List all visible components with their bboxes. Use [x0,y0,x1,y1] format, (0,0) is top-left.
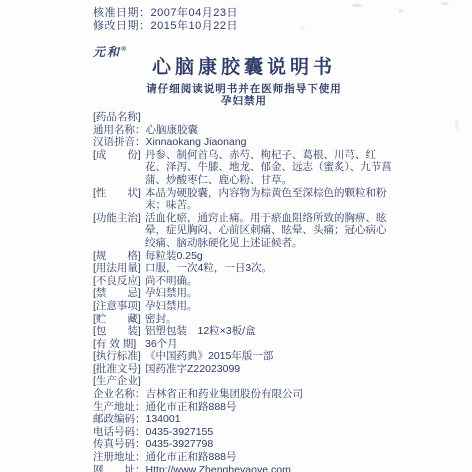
insert-row: [注意事项] 孕妇禁用。 [93,300,395,313]
row-text: 通化市正和路888号 [146,451,396,464]
registered-trademark-symbol: ® [121,45,126,53]
read-instruction-notice: 请仔细阅读说明书并在医师指导下使用 [93,83,395,95]
insert-row: 生产地址： 通化市正和路888号 [93,401,395,414]
revision-date-line: 修改日期：2015年10月22日 [93,20,395,33]
insert-row: [功能主治] 活血化瘀，通窍止痛。用于瘀血阻络所致的胸痹、眩晕，症见胸闷、心前区… [93,212,395,250]
date-block: 核准日期：2007年04月23日 修改日期：2015年10月22日 [93,7,395,33]
insert-row: 企业名称： 吉林省正和药业集团股份有限公司 [93,388,395,401]
row-label: 注册地址： [93,451,146,464]
insert-row: [药品名称] [93,111,395,124]
insert-row: [执行标准] 《中国药典》2015年版一部 [93,350,395,363]
insert-row: [用法用量] 口服，一次4粒，一日3次。 [93,262,395,275]
scan-artifact [441,2,449,5]
row-text: 丹参、制何首乌、赤芍、枸杞子、葛根、川芎、红花、泽泻、牛膝、地龙、郁金、远志（蜜… [145,149,395,187]
body-rows: [药品名称] 通用名称： 心脑康胶囊 汉语拼音： Xinnaokang Jiao… [93,111,395,472]
row-text: 吉林省正和药业集团股份有限公司 [146,388,396,401]
row-label: 通用名称： [93,124,146,137]
row-label: [包 装] [93,325,145,338]
row-label: 企业名称： [93,388,146,401]
approval-date-value: 2007年04月23日 [151,7,238,19]
revision-date-value: 2015年10月22日 [151,20,238,32]
row-text: 孕妇禁用。 [145,300,395,313]
row-label: 传真号码： [93,438,146,451]
row-label: [不良反应] [93,275,145,288]
row-text: 0435-3927155 [146,426,396,439]
row-text: 铝塑包装 12粒×3板/盒 [145,325,395,338]
insert-content: 核准日期：2007年04月23日 修改日期：2015年10月22日 元和® 心脑… [93,0,395,472]
insert-row: [有 效 期] 36个月 [93,338,395,351]
insert-row: 网 址： Http://www.Zhengheyaoye.com [93,464,395,472]
row-text: 国药准字Z22023099 [145,363,395,376]
row-text: 每粒装0.25g [145,250,395,263]
insert-row: 通用名称： 心脑康胶囊 [93,124,395,137]
row-label: [规 格] [93,250,145,263]
row-label: [功能主治] [93,212,145,225]
approval-date-label: 核准日期： [93,7,151,19]
insert-row: 汉语拼音： Xinnaokang Jiaonang [93,136,395,149]
row-label: [生产企业] [93,375,145,388]
row-label: [药品名称] [93,111,145,124]
scan-artifact [455,120,459,130]
insert-row: 电话号码： 0435-3927155 [93,426,395,439]
row-label: [批准文号] [93,363,145,376]
row-label: 生产地址： [93,401,146,414]
row-label: [禁 忌] [93,287,145,300]
insert-row: 邮政编码： 134001 [93,413,395,426]
row-text: 36个月 [145,338,395,351]
row-text: 口服，一次4粒，一日3次。 [145,262,395,275]
row-label: [有 效 期] [93,338,145,351]
package-insert-page: 核准日期：2007年04月23日 修改日期：2015年10月22日 元和® 心脑… [0,0,472,472]
insert-row: [成 份] 丹参、制何首乌、赤芍、枸杞子、葛根、川芎、红花、泽泻、牛膝、地龙、郁… [93,149,395,187]
row-label: [性 状] [93,187,145,200]
row-label: [用法用量] [93,262,145,275]
insert-row: [性 状] 本品为硬胶囊，内容物为棕黄色至深棕色的颗粒和粉末；味苦。 [93,187,395,212]
row-label: [成 份] [93,149,145,162]
row-label: 电话号码： [93,426,146,439]
row-text: Xinnaokang Jiaonang [146,136,396,149]
row-text: 0435-3927798 [146,438,396,451]
page-title: 心脑康胶囊说明书 [93,57,395,79]
row-text: 通化市正和路888号 [146,401,396,414]
insert-row: [不良反应] 尚不明确。 [93,275,395,288]
row-text: Http://www.Zhengheyaoye.com [146,464,396,472]
insert-row: 传真号码： 0435-3927798 [93,438,395,451]
insert-row: [包 装] 铝塑包装 12粒×3板/盒 [93,325,395,338]
row-text: 活血化瘀，通窍止痛。用于瘀血阻络所致的胸痹、眩晕，症见胸闷、心前区刺痛、眩晕、头… [145,212,395,250]
revision-date-label: 修改日期： [93,20,151,32]
insert-row: [禁 忌] 孕妇禁用。 [93,287,395,300]
row-label: 网 址： [93,464,146,472]
row-label: [执行标准] [93,350,145,363]
scan-artifact [398,9,404,13]
brand-logo-text: 元和 [93,45,121,59]
row-text: 尚不明确。 [145,275,395,288]
row-text: 孕妇禁用。 [145,287,395,300]
insert-row: [规 格] 每粒装0.25g [93,250,395,263]
approval-date-line: 核准日期：2007年04月23日 [93,7,395,20]
brand-logo: 元和® [93,43,395,56]
row-text: 134001 [146,413,396,426]
row-text: 心脑康胶囊 [146,124,396,137]
pregnancy-warning-notice: 孕妇禁用 [93,95,395,107]
row-text: 密封。 [145,313,395,326]
row-text: 本品为硬胶囊，内容物为棕黄色至深棕色的颗粒和粉末；味苦。 [145,187,395,212]
insert-row: [贮 藏] 密封。 [93,313,395,326]
row-label: [贮 藏] [93,313,145,326]
insert-row: [批准文号] 国药准字Z22023099 [93,363,395,376]
row-label: 邮政编码： [93,413,146,426]
insert-row: [生产企业] [93,375,395,388]
row-text: 《中国药典》2015年版一部 [145,350,395,363]
row-label: 汉语拼音： [93,136,146,149]
row-label: [注意事项] [93,300,145,313]
insert-row: 注册地址： 通化市正和路888号 [93,451,395,464]
